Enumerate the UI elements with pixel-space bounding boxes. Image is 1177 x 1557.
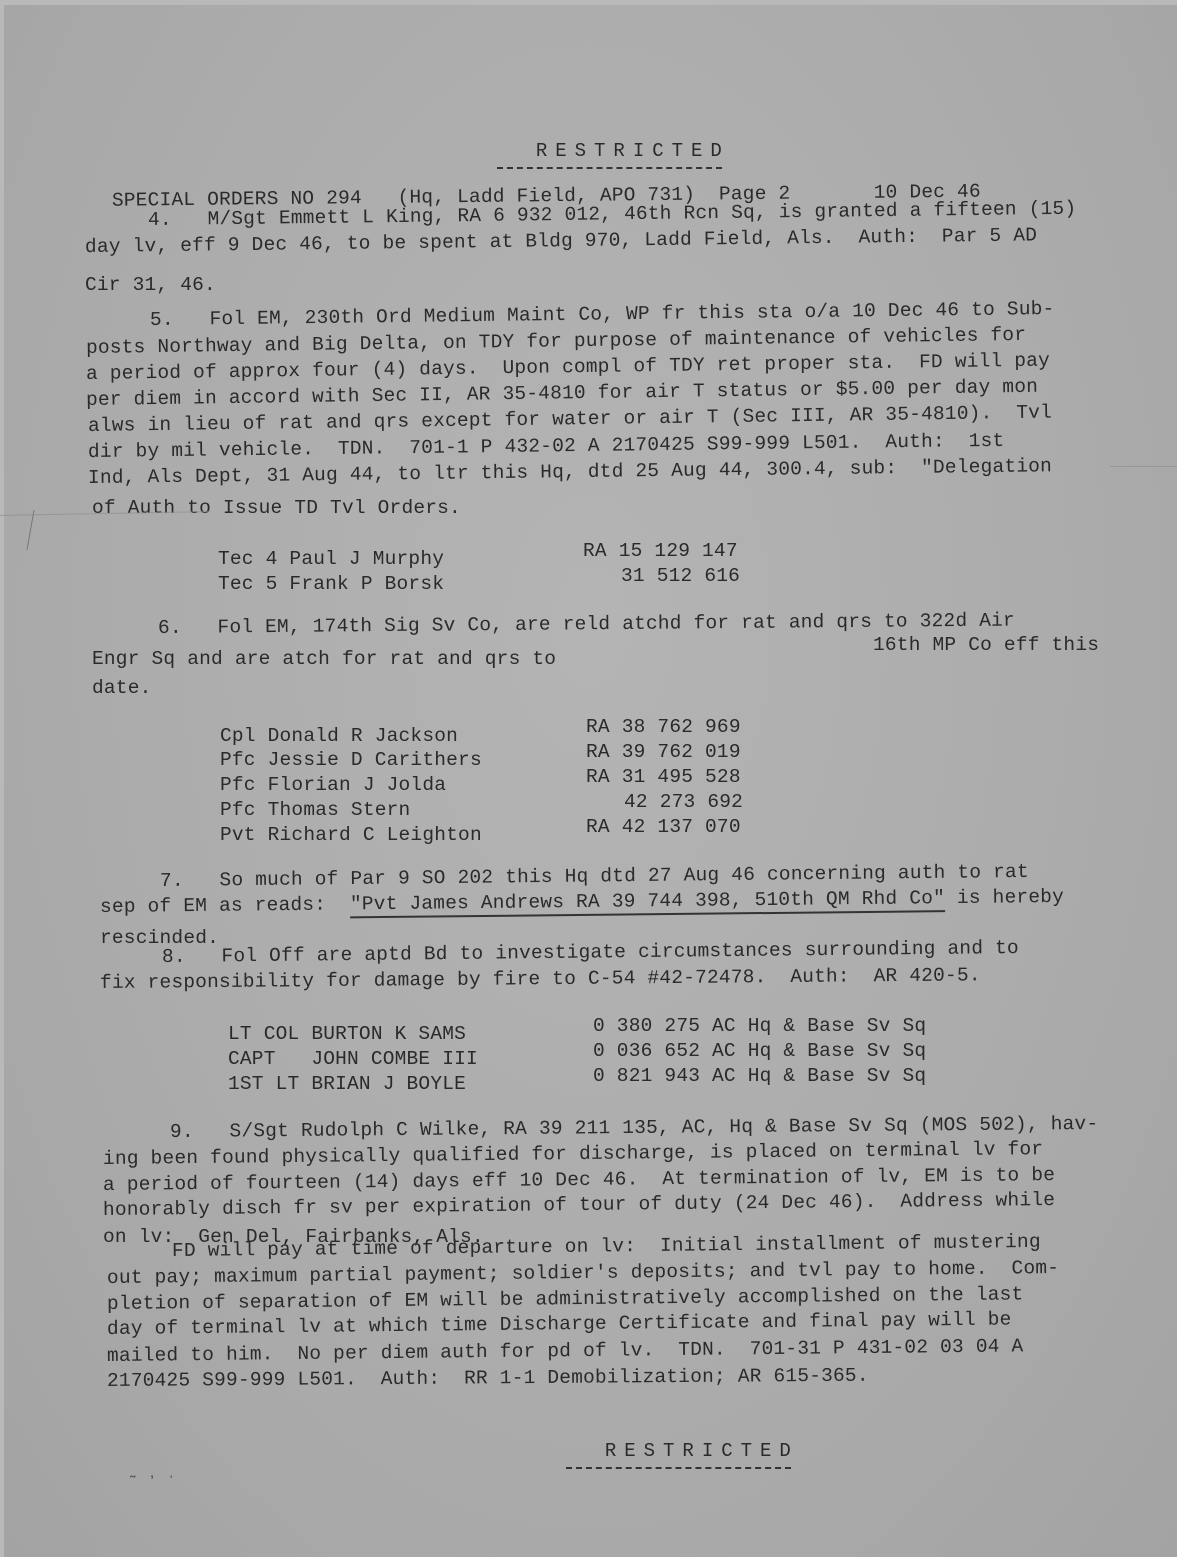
- personnel-name: Pvt Richard C Leighton: [220, 824, 482, 846]
- personnel-serial: RA 31 495 528: [586, 766, 741, 788]
- personnel-serial: RA 39 762 019: [586, 741, 741, 763]
- officer-serial: 0 821 943 AC Hq & Base Sv Sq: [593, 1065, 926, 1087]
- personnel-serial: 42 273 692: [624, 791, 743, 813]
- personnel-name: Tec 5 Frank P Borsk: [218, 573, 444, 595]
- personnel-name: Pfc Thomas Stern: [220, 799, 410, 821]
- personnel-name: Cpl Donald R Jackson: [220, 725, 458, 747]
- personnel-name: Pfc Jessie D Carithers: [220, 749, 482, 771]
- paper-fold-mark: [26, 510, 74, 550]
- personnel-serial: RA 42 137 070: [586, 816, 741, 838]
- paper-crease: [1110, 466, 1177, 467]
- personnel-serial: RA 38 762 969: [586, 716, 741, 738]
- officer-serial: 0 380 275 AC Hq & Base Sv Sq: [593, 1015, 926, 1037]
- personnel-name: Tec 4 Paul J Murphy: [218, 548, 444, 570]
- officer-name: LT COL BURTON K SAMS: [228, 1023, 466, 1045]
- paper-blemish: ˜ ʼ ˈ: [128, 1474, 176, 1492]
- officer-name: 1ST LT BRIAN J BOYLE: [228, 1073, 466, 1095]
- inserted-unit: 16th MP Co eff this: [873, 634, 1099, 656]
- personnel-name: Pfc Florian J Jolda: [220, 774, 446, 796]
- personnel-serial: 31 512 616: [621, 565, 740, 587]
- officer-serial: 0 036 652 AC Hq & Base Sv Sq: [593, 1040, 926, 1062]
- personnel-serial: RA 15 129 147: [583, 540, 738, 562]
- classification-footer: RESTRICTED: [566, 1418, 799, 1462]
- officer-name: CAPT JOHN COMBE III: [228, 1048, 478, 1070]
- classification-header: RESTRICTED: [497, 118, 730, 162]
